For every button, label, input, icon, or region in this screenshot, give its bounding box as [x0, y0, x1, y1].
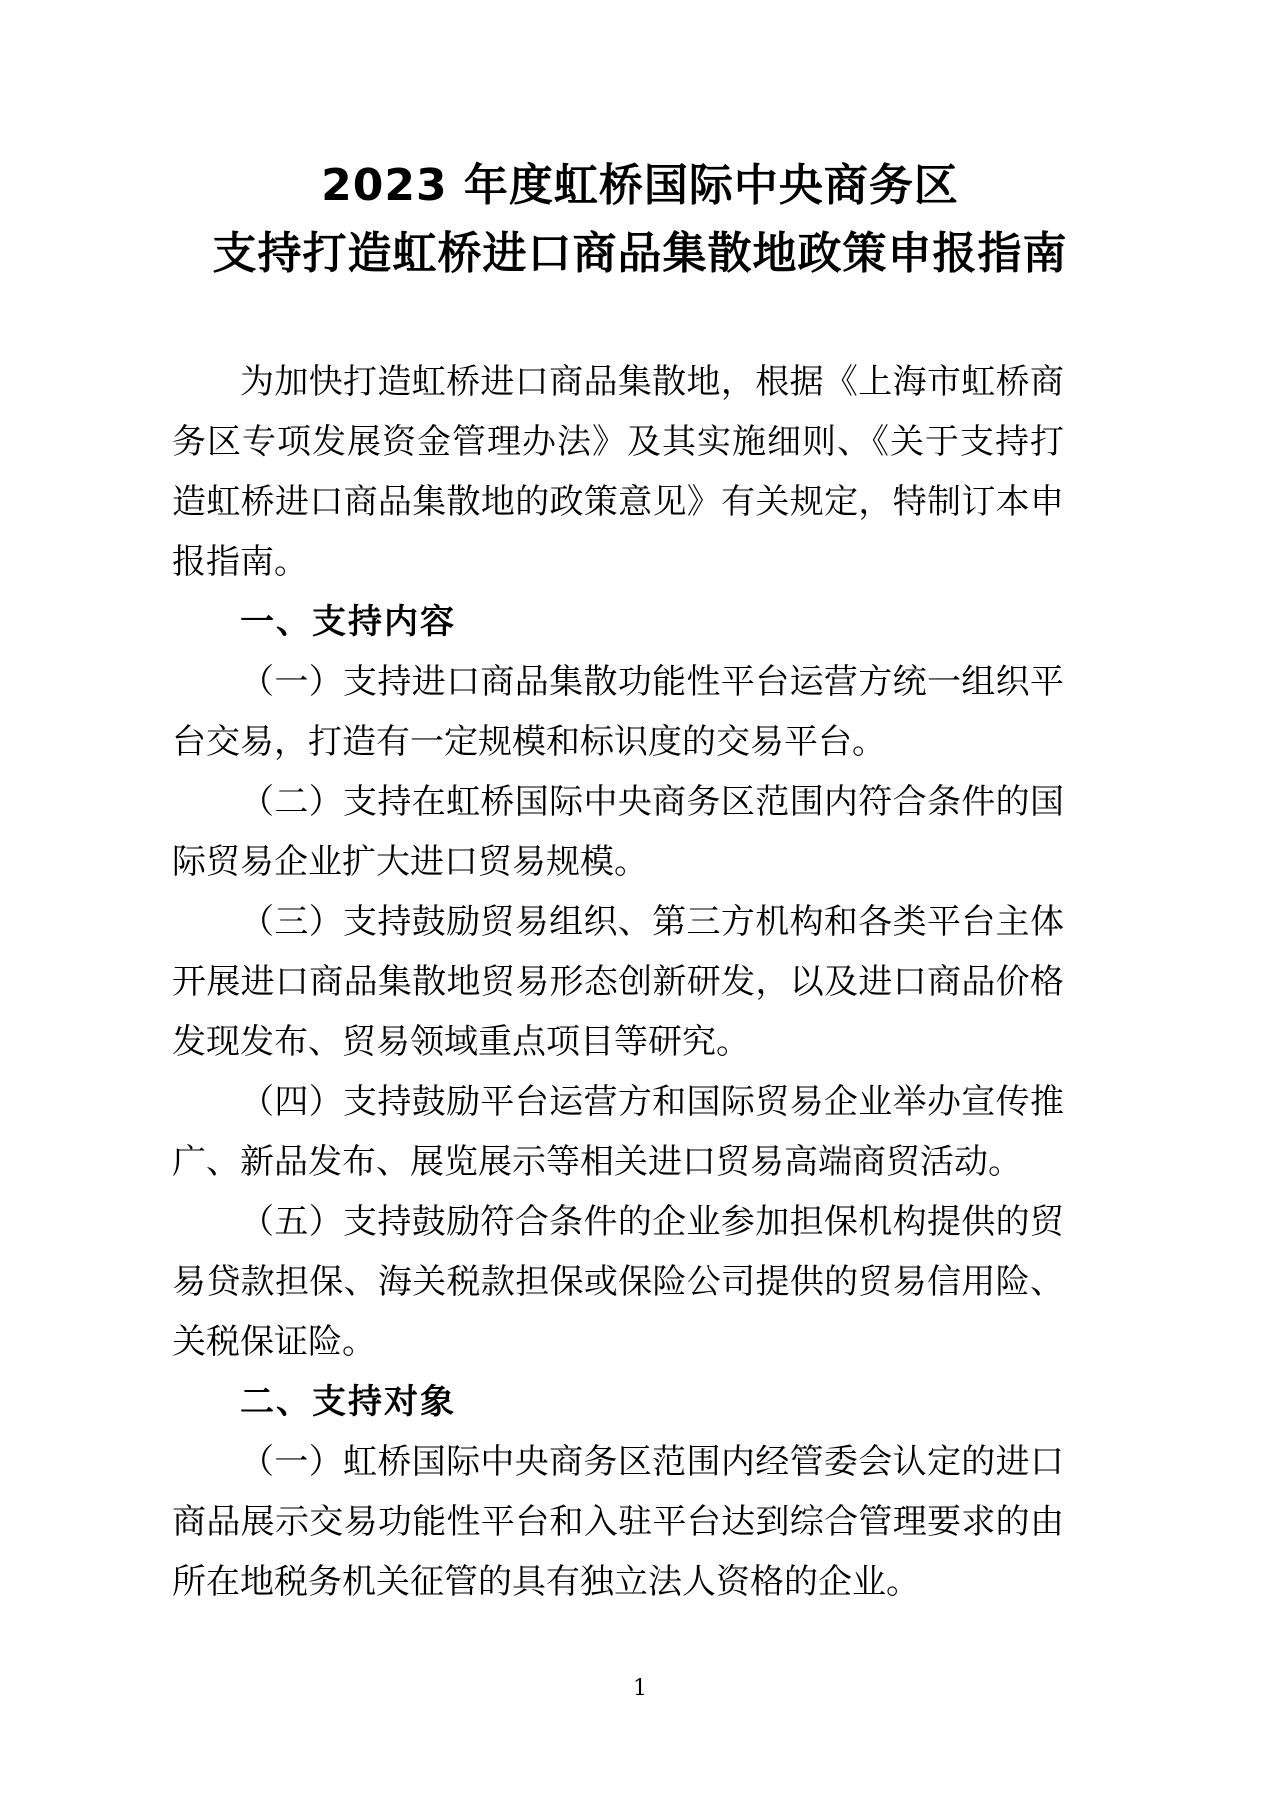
document-title: 2023 年度虹桥国际中央商务区 支持打造虹桥进口商品集散地政策申报指南 [0, 152, 1280, 288]
section-1-item-3: （三）支持鼓励贸易组织、第三方机构和各类平台主体开展进口商品集散地贸易形态创新研… [172, 892, 1064, 1072]
section-1-item-5: （五）支持鼓励符合条件的企业参加担保机构提供的贸易贷款担保、海关税款担保或保险公… [172, 1192, 1064, 1372]
section-1-item-2: （二）支持在虹桥国际中央商务区范围内符合条件的国际贸易企业扩大进口贸易规模。 [172, 772, 1064, 892]
document-body: 为加快打造虹桥进口商品集散地，根据《上海市虹桥商务区专项发展资金管理办法》及其实… [172, 352, 1064, 1612]
intro-paragraph: 为加快打造虹桥进口商品集散地，根据《上海市虹桥商务区专项发展资金管理办法》及其实… [172, 352, 1064, 592]
document-page: 2023 年度虹桥国际中央商务区 支持打造虹桥进口商品集散地政策申报指南 为加快… [0, 0, 1280, 1810]
page-number: 1 [0, 1674, 1280, 1704]
section-1-heading: 一、支持内容 [172, 592, 1064, 652]
section-1-item-4: （四）支持鼓励平台运营方和国际贸易企业举办宣传推广、新品发布、展览展示等相关进口… [172, 1072, 1064, 1192]
section-1-item-1: （一）支持进口商品集散功能性平台运营方统一组织平台交易，打造有一定规模和标识度的… [172, 652, 1064, 772]
section-2-heading: 二、支持对象 [172, 1372, 1064, 1432]
section-2-item-1: （一）虹桥国际中央商务区范围内经管委会认定的进口商品展示交易功能性平台和入驻平台… [172, 1432, 1064, 1612]
document-title-line-1: 2023 年度虹桥国际中央商务区 [0, 152, 1280, 220]
document-title-line-2: 支持打造虹桥进口商品集散地政策申报指南 [0, 220, 1280, 288]
